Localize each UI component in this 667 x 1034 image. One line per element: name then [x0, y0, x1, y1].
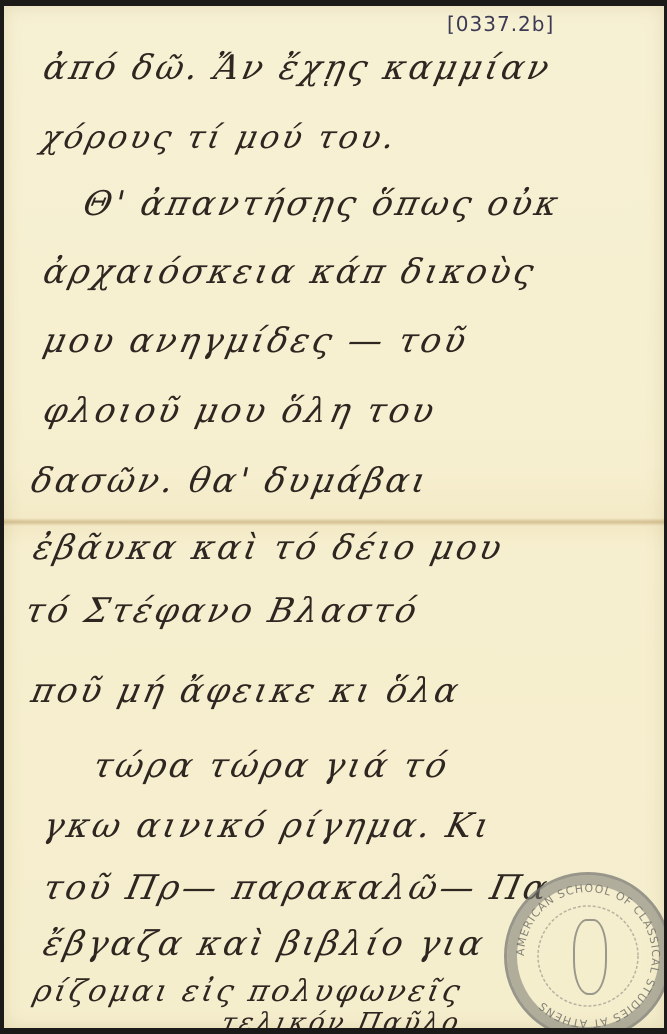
- handwritten-line: ἐβᾶυκα καὶ τό δέιο μου: [30, 528, 508, 568]
- handwritten-line: ρίζομαι εἰς πολυφωνεῖς: [30, 974, 466, 1009]
- handwritten-line: γκω αινικό ρίγημα. Κι: [40, 806, 496, 846]
- handwritten-line: φλοιοῦ μου ὅλη του: [40, 391, 441, 431]
- handwritten-line: τοῦ Πρ— παρακαλῶ— Πα: [40, 868, 554, 908]
- amphora-icon: [573, 919, 607, 995]
- handwritten-line: ἀρχαιόσκεια κάπ δικοὺς: [40, 252, 540, 292]
- handwritten-line: ἔβγαζα καὶ βιβλίο για: [40, 924, 490, 964]
- handwritten-line: τό Στέφανο Βλαστό: [22, 591, 423, 631]
- handwritten-line: μου ανηγμίδες — τοῦ: [40, 321, 473, 361]
- handwritten-line: Θ' ἀπαντήσῃς ὅπως οὐκ: [80, 184, 565, 224]
- handwritten-line: ἀπό δῶ. Ἄν ἔχῃς καμμίαν: [40, 48, 556, 88]
- archive-seal-stamp: AMERICAN SCHOOL OF CLASSICAL STUDIES AT …: [504, 872, 664, 1028]
- paper-fold-crease: [4, 518, 664, 526]
- handwritten-line: ποῦ μή ἄφεικε κι ὅλα: [28, 671, 465, 711]
- handwritten-line: δασῶν. θα' δυμάβαι: [28, 461, 433, 501]
- handwritten-line: τελικόν Παῦλο: [219, 1008, 464, 1028]
- handwritten-line: τώρα τώρα γιά τό: [90, 746, 454, 786]
- catalog-mark: [0337.2b]: [447, 12, 554, 36]
- handwritten-line: χόρους τί μού του.: [38, 118, 401, 156]
- letter-page: [0337.2b] ἀπό δῶ. Ἄν ἔχῃς καμμίανχόρους …: [4, 6, 664, 1028]
